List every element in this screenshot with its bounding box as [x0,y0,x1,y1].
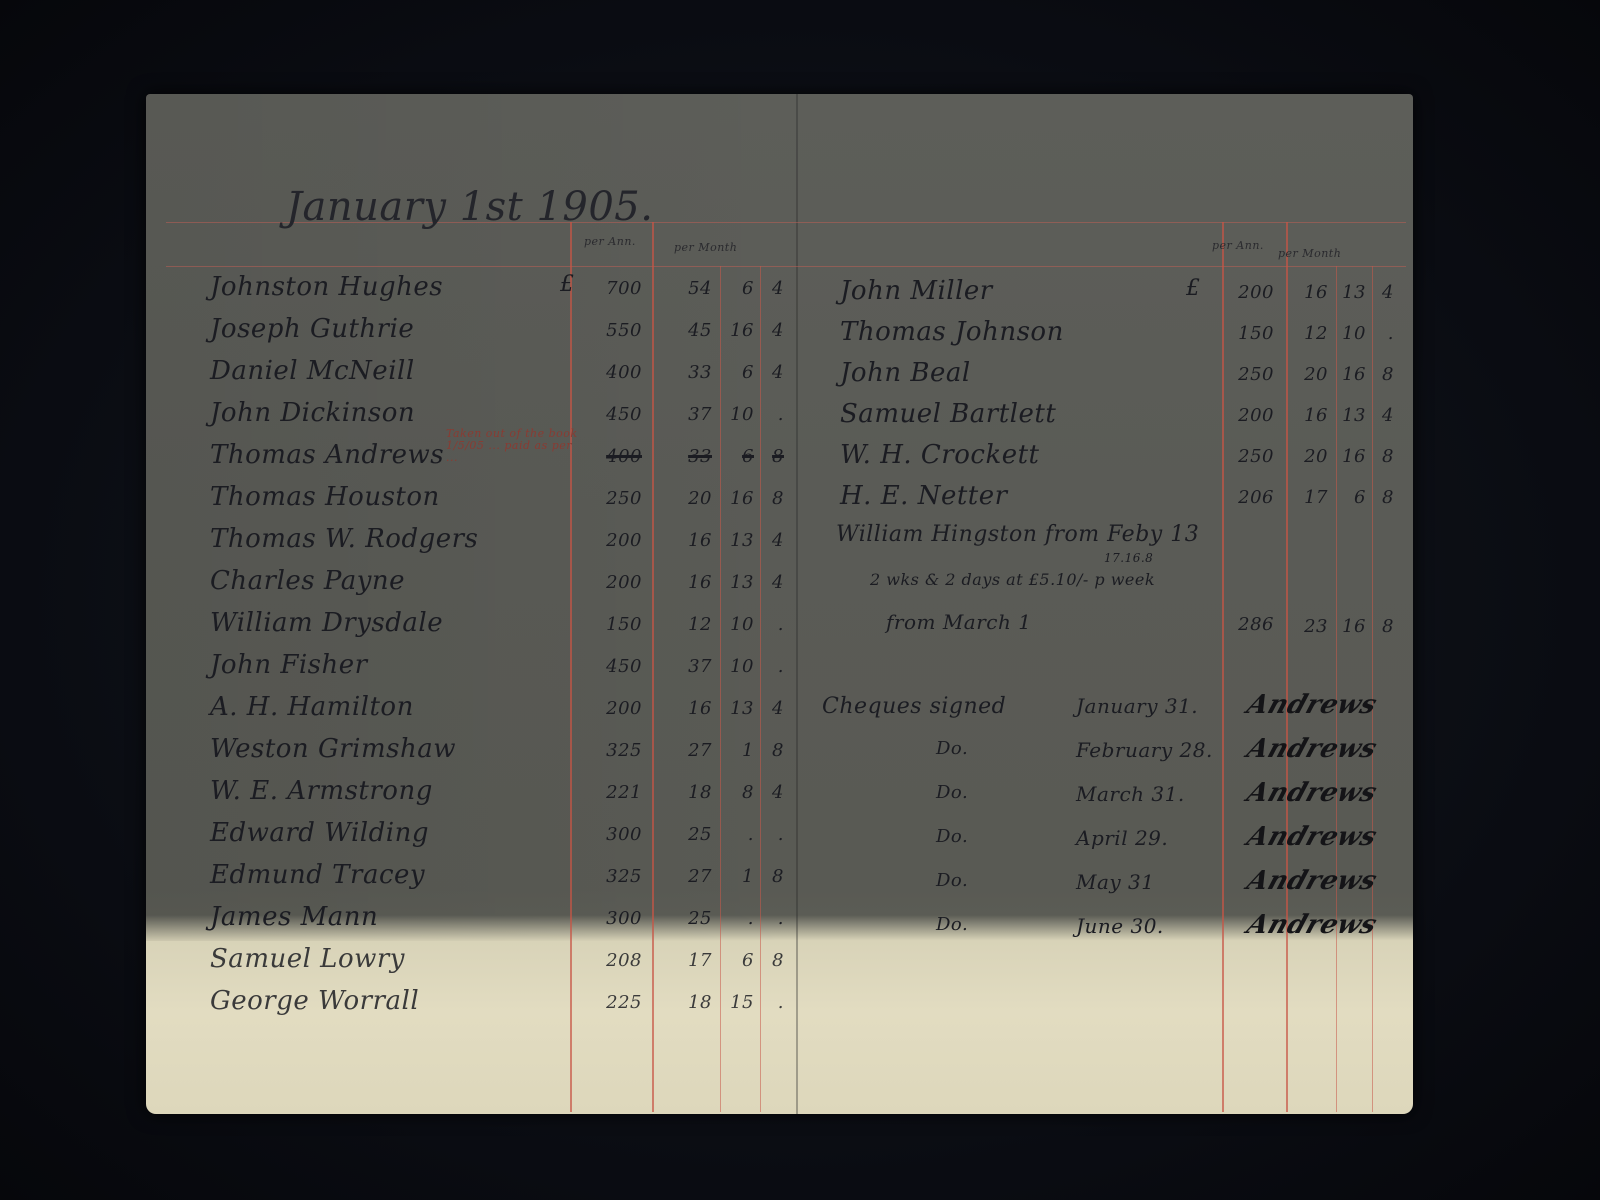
special-entry-line2: 2 wks & 2 days at £5.10/- p week [870,570,1155,589]
cheque-prefix: Do. [936,870,968,891]
per-annum-value: 325 [586,740,642,761]
employee-name: James Mann [210,902,378,932]
shillings-value: 16 [1338,446,1366,467]
header-rule-bottom [166,266,1406,267]
pence-value: . [1374,323,1394,344]
pounds-value: 20 [666,488,712,509]
cheque-prefix: Cheques signed [822,694,1006,719]
employee-name: Samuel Bartlett [840,399,1056,429]
special-shillings: 16 [1338,616,1366,637]
cheque-date: June 30. [1076,914,1164,938]
shillings-value: 16 [724,320,754,341]
per-annum-value: 450 [586,404,642,425]
pence-value: 4 [764,782,784,803]
pounds-value: 25 [666,908,712,929]
shillings-value: 6 [724,950,754,971]
pound-sign-right: £ [1186,276,1201,301]
pounds-value: 12 [666,614,712,635]
page-fold [796,94,798,1114]
pence-value: 8 [1374,446,1394,467]
shillings-value: 6 [724,278,754,299]
pounds-value: 17 [666,950,712,971]
shillings-value: 10 [724,404,754,425]
signature: Andrews [1243,822,1381,852]
rule [570,222,572,1112]
cheque-date: May 31 [1076,870,1155,894]
employee-name: Joseph Guthrie [210,314,414,344]
special-entry-sub: 17.16.8 [1104,552,1153,564]
pence-value: . [764,404,784,425]
cheque-date: February 28. [1076,738,1213,762]
pounds-value: 54 [666,278,712,299]
per-annum-value: 300 [586,908,642,929]
pounds-value: 45 [666,320,712,341]
cheque-prefix: Do. [936,914,968,935]
pounds-value: 17 [1292,487,1328,508]
pence-value: 4 [764,320,784,341]
shillings-value: 15 [724,992,754,1013]
pounds-value: 37 [666,404,712,425]
signature: Andrews [1243,734,1381,764]
shillings-value: 10 [724,614,754,635]
pounds-value: 16 [666,572,712,593]
col-per-annum-right: per Ann. [1212,240,1264,251]
col-per-month: per Month [674,242,737,253]
per-annum-value: 325 [586,866,642,887]
signature: Andrews [1243,690,1381,720]
pence-value: 4 [764,572,784,593]
per-annum-value: 206 [1226,487,1274,508]
employee-name: John Miller [840,276,993,306]
per-annum-value: 250 [586,488,642,509]
per-annum-value: 200 [586,530,642,551]
employee-name: H. E. Netter [840,481,1008,511]
employee-name: John Beal [840,358,971,388]
pounds-value: 25 [666,824,712,845]
shillings-value: 6 [724,362,754,383]
rule [760,266,761,1112]
pounds-value: 20 [1292,446,1328,467]
employee-name: George Worrall [210,986,419,1016]
pence-value: 8 [764,866,784,887]
pence-value: 4 [764,278,784,299]
cheque-date: March 31. [1076,782,1185,806]
employee-name: Charles Payne [210,566,405,596]
struck-annotation: Taken out of the book 1/5/05 ... paid as… [446,428,586,464]
pence-value: . [764,614,784,635]
pence-value: . [764,992,784,1013]
pounds-value: 33 [666,446,712,467]
shillings-value: 13 [1338,405,1366,426]
signature: Andrews [1243,778,1381,808]
special-pounds: 23 [1292,616,1328,637]
employee-name: Edward Wilding [210,818,429,848]
rule [652,222,654,1112]
pound-sign: £ [560,272,575,297]
page-title: January 1st 1905. [286,184,653,230]
per-annum-value: 400 [586,362,642,383]
employee-name: A. H. Hamilton [210,692,414,722]
col-per-month-right: per Month [1278,248,1341,259]
employee-name: William Drysdale [210,608,443,638]
rule [720,266,721,1112]
per-annum-value: 221 [586,782,642,803]
per-annum-value: 450 [586,656,642,677]
pounds-value: 12 [1292,323,1328,344]
pence-value: 8 [764,446,784,467]
pence-value: 4 [764,362,784,383]
employee-name: Thomas Houston [210,482,440,512]
cheque-date: January 31. [1076,694,1198,718]
shillings-value: 6 [724,446,754,467]
pence-value: . [764,656,784,677]
shillings-value: 1 [724,866,754,887]
cheque-date: April 29. [1076,826,1168,850]
special-per-annum: 286 [1228,614,1274,635]
employee-name: Thomas Andrews [210,440,444,470]
per-annum-value: 150 [586,614,642,635]
special-entry-line1: William Hingston from Feby 13 [836,522,1199,547]
shillings-value: 13 [1338,282,1366,303]
shillings-value: 13 [724,572,754,593]
pence-value: 8 [764,488,784,509]
employee-name: Thomas Johnson [840,317,1064,347]
per-annum-value: 700 [586,278,642,299]
employee-name: Thomas W. Rodgers [210,524,478,554]
ledger-sheet: January 1st 1905. per Ann. per Month per… [146,94,1413,1114]
pounds-value: 16 [1292,405,1328,426]
pence-value: 4 [1374,282,1394,303]
pounds-value: 18 [666,992,712,1013]
cheque-prefix: Do. [936,826,968,847]
pounds-value: 33 [666,362,712,383]
pounds-value: 16 [666,530,712,551]
employee-name: Edmund Tracey [210,860,425,890]
shillings-value: 8 [724,782,754,803]
cheque-prefix: Do. [936,782,968,803]
per-annum-value: 225 [586,992,642,1013]
pounds-value: 20 [1292,364,1328,385]
employee-name: John Dickinson [210,398,415,428]
pounds-value: 27 [666,740,712,761]
pounds-value: 16 [1292,282,1328,303]
employee-name: W. E. Armstrong [210,776,433,806]
col-per-annum: per Ann. [584,236,636,247]
per-annum-value: 550 [586,320,642,341]
shillings-value: 10 [724,656,754,677]
shillings-value: 16 [724,488,754,509]
employee-name: Samuel Lowry [210,944,405,974]
employee-name: Johnston Hughes [210,272,443,302]
shillings-value: . [724,908,754,929]
shillings-value: 13 [724,530,754,551]
pounds-value: 18 [666,782,712,803]
rule [1372,266,1373,1112]
special-entry-line3: from March 1 [886,610,1031,634]
pence-value: 4 [764,530,784,551]
per-annum-value: 200 [586,572,642,593]
rule [1336,266,1337,1112]
employee-name: W. H. Crockett [840,440,1040,470]
pence-value: 4 [764,698,784,719]
pence-value: 8 [1374,487,1394,508]
pounds-value: 16 [666,698,712,719]
per-annum-value: 200 [1226,282,1274,303]
shillings-value: 1 [724,740,754,761]
per-annum-value: 200 [586,698,642,719]
rule [1286,222,1288,1112]
shillings-value: . [724,824,754,845]
pence-value: 8 [1374,364,1394,385]
shillings-value: 16 [1338,364,1366,385]
special-pence: 8 [1374,616,1394,637]
pence-value: 8 [764,740,784,761]
shillings-value: 13 [724,698,754,719]
shillings-value: 10 [1338,323,1366,344]
employee-name: Weston Grimshaw [210,734,456,764]
shillings-value: 6 [1338,487,1366,508]
per-annum-value: 200 [1226,405,1274,426]
per-annum-value: 400 [586,446,642,467]
per-annum-value: 250 [1226,446,1274,467]
employee-name: Daniel McNeill [210,356,415,386]
pence-value: . [764,908,784,929]
pounds-value: 27 [666,866,712,887]
pence-value: 4 [1374,405,1394,426]
per-annum-value: 250 [1226,364,1274,385]
rule [1222,222,1224,1112]
per-annum-value: 150 [1226,323,1274,344]
cheque-prefix: Do. [936,738,968,759]
signature: Andrews [1243,866,1381,896]
pence-value: . [764,824,784,845]
pence-value: 8 [764,950,784,971]
per-annum-value: 208 [586,950,642,971]
signature: Andrews [1243,910,1381,940]
employee-name: John Fisher [210,650,368,680]
pounds-value: 37 [666,656,712,677]
per-annum-value: 300 [586,824,642,845]
